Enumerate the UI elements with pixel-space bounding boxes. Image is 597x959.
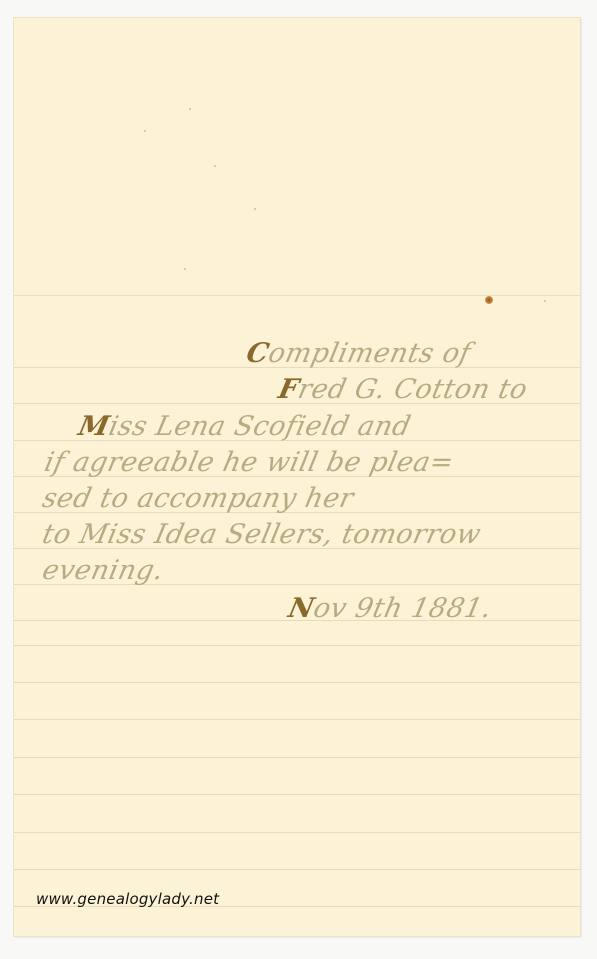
handwritten-line-5: sed to accompany her xyxy=(40,485,356,512)
ruled-line xyxy=(14,645,580,646)
handwritten-date: Nov 9th 1881. xyxy=(286,595,494,622)
handwritten-line-1: Compliments of xyxy=(244,340,473,367)
line-text: evening. xyxy=(40,555,167,586)
ruled-line xyxy=(14,794,580,795)
ruled-line xyxy=(14,682,580,683)
paper-speck xyxy=(184,268,186,270)
ruled-line xyxy=(14,757,580,758)
paper-speck xyxy=(144,130,146,132)
paper-fold-crease xyxy=(14,295,580,296)
paper-speck xyxy=(189,108,191,110)
ruled-line xyxy=(14,719,580,720)
handwritten-line-7: evening. xyxy=(40,557,166,584)
paper-speck xyxy=(254,208,256,210)
handwritten-line-6: to Miss Idea Sellers, tomorrow xyxy=(40,521,483,548)
handwritten-line-2: Fred G. Cotton to xyxy=(276,376,530,403)
line-text: ompliments of xyxy=(266,338,474,369)
handwritten-line-3: Miss Lena Scofield and xyxy=(76,413,413,440)
line-text: red G. Cotton to xyxy=(295,374,530,405)
paper-speck xyxy=(544,300,546,302)
line-text: iss Lena Scofield and xyxy=(106,411,414,442)
handwritten-line-4: if agreeable he will be plea= xyxy=(42,449,456,476)
line-text: if agreeable he will be plea= xyxy=(42,447,457,478)
paper-speck xyxy=(214,165,216,167)
line-text: to Miss Idea Sellers, tomorrow xyxy=(40,519,484,550)
date-text: ov 9th 1881. xyxy=(311,593,495,624)
scanned-document: Compliments of Fred G. Cotton to Miss Le… xyxy=(0,0,597,959)
line-text: sed to accompany her xyxy=(40,483,357,514)
ruled-line xyxy=(14,869,580,870)
watermark-url: www.genealogylady.net xyxy=(36,890,219,908)
letter-paper: Compliments of Fred G. Cotton to Miss Le… xyxy=(14,18,580,936)
ink-stain xyxy=(485,296,493,304)
ruled-line xyxy=(14,832,580,833)
